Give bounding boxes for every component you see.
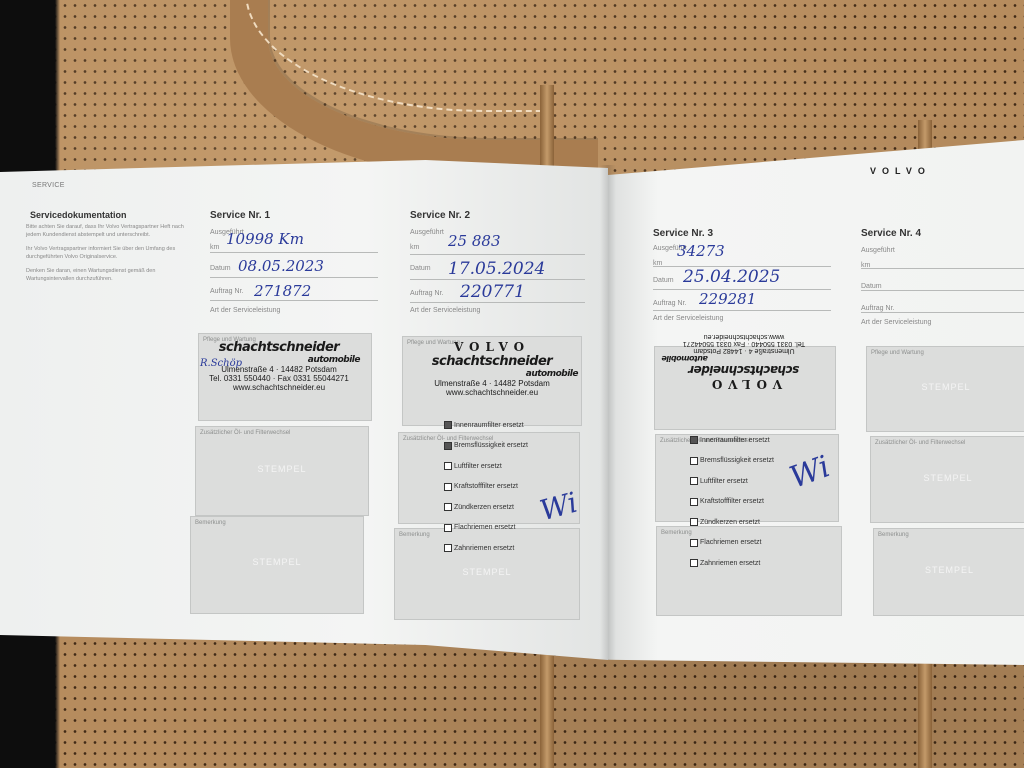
dealer-stamp: VOLVO schachtschneider automobile Ulmens… bbox=[402, 340, 582, 397]
km-label: km bbox=[210, 244, 219, 251]
date-row: Datum 25.04.2025 bbox=[653, 269, 831, 290]
checklist-item: Bremsflüssigkeit ersetzt bbox=[444, 436, 528, 457]
initials: R.Schöp bbox=[200, 358, 242, 369]
dealer-stamp-upside-down: VOLVO schachtschneider automobile Ulmens… bbox=[652, 333, 836, 391]
date-row: Datum 17.05.2024 bbox=[410, 257, 585, 280]
date-value: 25.04.2025 bbox=[683, 267, 780, 287]
km-row: km 10998 Km bbox=[210, 236, 378, 253]
stamp-placeholder: STEMPEL bbox=[867, 382, 1024, 392]
dealer-phone: Tel. 0331 550440 · Fax 0331 55044271 bbox=[652, 340, 836, 347]
checklist-item: Innenraumfilter ersetzt bbox=[444, 415, 528, 436]
service-type-label: Art der Serviceleistung bbox=[410, 307, 585, 314]
dealer-phone: Tel. 0331 550440 · Fax 0331 55044271 bbox=[190, 374, 368, 383]
checkbox[interactable] bbox=[444, 483, 452, 491]
checklist-label: Kraftstofffilter ersetzt bbox=[454, 483, 518, 490]
service-type-label: Art der Serviceleistung bbox=[210, 307, 378, 314]
stamp-placeholder: STEMPEL bbox=[395, 567, 579, 577]
dealer-web: www.schachtschneider.eu bbox=[652, 333, 836, 340]
order-row[interactable]: Auftrag Nr. bbox=[861, 293, 1024, 313]
km-value: 10998 Km bbox=[226, 230, 304, 248]
volvo-logo: VOLVO bbox=[402, 340, 582, 354]
dealer-address: Ulmenstraße 4 · 14482 Potsdam bbox=[652, 347, 836, 354]
date-label: Datum bbox=[653, 277, 674, 284]
dealer-name: schachtschneider bbox=[402, 354, 582, 369]
checklist-item: Innenraumfilter ersetzt bbox=[690, 430, 774, 451]
checklist-item: Luftfilter ersetzt bbox=[690, 471, 774, 492]
km-label: km bbox=[861, 262, 870, 269]
checklist-label: Innenraumfilter ersetzt bbox=[700, 437, 770, 444]
checklist-label: Bremsflüssigkeit ersetzt bbox=[700, 457, 774, 464]
checklist-label: Luftfilter ersetzt bbox=[454, 463, 502, 470]
box-caption: Zusätzlicher Öl- und Filterwechsel bbox=[875, 440, 965, 446]
km-value: 34273 bbox=[677, 242, 725, 260]
checklist-item: Zahnriemen ersetzt bbox=[444, 538, 528, 559]
checklist-service-3: Innenraumfilter ersetzt Bremsflüssigkeit… bbox=[690, 430, 774, 574]
service-1: Service Nr. 1 Ausgeführt km 10998 Km Dat… bbox=[210, 210, 378, 314]
checkbox[interactable] bbox=[690, 498, 698, 506]
performed-label: Ausgeführt bbox=[861, 247, 1024, 254]
checklist-label: Flachriemen ersetzt bbox=[700, 539, 761, 546]
checklist-item: Flachriemen ersetzt bbox=[690, 533, 774, 554]
service-title: Service Nr. 4 bbox=[861, 228, 1024, 239]
date-value: 08.05.2023 bbox=[238, 257, 324, 275]
box-caption: Bemerkung bbox=[399, 532, 430, 538]
service-type-label: Art der Serviceleistung bbox=[861, 319, 1024, 326]
service-title: Service Nr. 2 bbox=[410, 210, 585, 221]
checkbox[interactable] bbox=[690, 559, 698, 567]
box-caption: Bemerkung bbox=[661, 530, 692, 536]
checklist-item: Flachriemen ersetzt bbox=[444, 518, 528, 539]
corner-brand-text: VOLVO bbox=[870, 166, 931, 176]
checkbox[interactable] bbox=[444, 462, 452, 470]
km-row: km 34273 bbox=[653, 252, 831, 267]
intro-paragraph: Denken Sie daran, einen Wartungsdienst g… bbox=[26, 267, 186, 283]
order-row: Auftrag Nr. 271872 bbox=[210, 280, 378, 301]
checklist-label: Flachriemen ersetzt bbox=[454, 524, 515, 531]
checklist-item: Luftfilter ersetzt bbox=[444, 456, 528, 477]
checklist-item: Kraftstofffilter ersetzt bbox=[690, 492, 774, 513]
intro-title: Servicedokumentation bbox=[30, 210, 186, 220]
service-type-label: Art der Serviceleistung bbox=[653, 315, 831, 322]
service-2: Service Nr. 2 Ausgeführt km 25 883 Datum… bbox=[410, 210, 585, 314]
checklist-service-2: Innenraumfilter ersetzt Bremsflüssigkeit… bbox=[444, 415, 528, 559]
stamp-placeholder: STEMPEL bbox=[196, 464, 368, 474]
booklet-spine bbox=[600, 165, 616, 660]
order-value: 220771 bbox=[460, 282, 525, 302]
checklist-item: Zündkerzen ersetzt bbox=[444, 497, 528, 518]
checkbox[interactable] bbox=[690, 539, 698, 547]
dealer-web: www.schachtschneider.eu bbox=[190, 383, 368, 392]
dealer-address: Ulmenstraße 4 · 14482 Potsdam bbox=[402, 379, 582, 388]
box-caption: Pflege und Wartung bbox=[871, 350, 924, 356]
intro-paragraph: Bitte achten Sie darauf, dass Ihr Volvo … bbox=[26, 223, 186, 239]
service-title: Service Nr. 3 bbox=[653, 228, 831, 239]
dealer-name: schachtschneider bbox=[652, 363, 836, 377]
service-title: Service Nr. 1 bbox=[210, 210, 378, 221]
order-value: 229281 bbox=[699, 290, 756, 308]
date-label: Datum bbox=[210, 265, 231, 272]
checklist-item: Kraftstofffilter ersetzt bbox=[444, 477, 528, 498]
remark-stamp-box: Bemerkung STEMPEL bbox=[190, 516, 364, 614]
volvo-logo: VOLVO bbox=[652, 377, 836, 391]
extra-stamp-box: Zusätzlicher Öl- und Filterwechsel STEMP… bbox=[870, 436, 1024, 523]
checklist-item: Zündkerzen ersetzt bbox=[690, 512, 774, 533]
checkbox-checked[interactable] bbox=[444, 442, 452, 450]
checklist-label: Zündkerzen ersetzt bbox=[454, 504, 514, 511]
km-row[interactable]: km bbox=[861, 254, 1024, 269]
section-tag: SERVICE bbox=[32, 182, 65, 189]
checklist-item: Zahnriemen ersetzt bbox=[690, 553, 774, 574]
order-label: Auftrag Nr. bbox=[410, 290, 443, 297]
checklist-item: Bremsflüssigkeit ersetzt bbox=[690, 451, 774, 472]
intro-block: Servicedokumentation Bitte achten Sie da… bbox=[26, 210, 186, 289]
order-row: Auftrag Nr. 220771 bbox=[410, 282, 585, 303]
order-label: Auftrag Nr. bbox=[210, 288, 243, 295]
checklist-label: Luftfilter ersetzt bbox=[700, 478, 748, 485]
km-label: km bbox=[653, 260, 662, 267]
date-row: Datum 08.05.2023 bbox=[210, 257, 378, 278]
box-caption: Bemerkung bbox=[195, 520, 226, 526]
dealer-sub: automobile bbox=[402, 369, 582, 379]
order-row: Auftrag Nr. 229281 bbox=[653, 292, 831, 311]
checkbox[interactable] bbox=[444, 503, 452, 511]
extra-stamp-box: Zusätzlicher Öl- und Filterwechsel STEMP… bbox=[195, 426, 369, 516]
checkbox[interactable] bbox=[444, 544, 452, 552]
date-label: Datum bbox=[410, 265, 431, 272]
checklist-label: Bremsflüssigkeit ersetzt bbox=[454, 442, 528, 449]
date-label: Datum bbox=[861, 283, 882, 290]
service-4: Service Nr. 4 Ausgeführt km Datum Auftra… bbox=[861, 228, 1024, 326]
checklist-label: Kraftstofffilter ersetzt bbox=[700, 498, 764, 505]
checklist-label: Innenraumfilter ersetzt bbox=[454, 422, 524, 429]
checklist-label: Zahnriemen ersetzt bbox=[700, 560, 760, 567]
checkbox[interactable] bbox=[690, 477, 698, 485]
checkbox[interactable] bbox=[444, 524, 452, 532]
date-value: 17.05.2024 bbox=[448, 259, 545, 279]
order-value: 271872 bbox=[254, 282, 311, 300]
box-caption: Zusätzlicher Öl- und Filterwechsel bbox=[200, 430, 290, 436]
checkbox-checked[interactable] bbox=[690, 436, 698, 444]
km-value: 25 883 bbox=[448, 232, 501, 250]
dealer-sub: automobile bbox=[652, 354, 836, 363]
intro-paragraph: Ihr Volvo Vertragspartner informiert Sie… bbox=[26, 245, 186, 261]
dealer-web: www.schachtschneider.eu bbox=[402, 388, 582, 397]
service-3: Service Nr. 3 Ausgeführt km 34273 Datum … bbox=[653, 228, 831, 322]
km-label: km bbox=[410, 244, 419, 251]
box-caption: Bemerkung bbox=[878, 532, 909, 538]
order-label: Auftrag Nr. bbox=[861, 305, 894, 312]
date-row[interactable]: Datum bbox=[861, 271, 1024, 291]
km-row: km 25 883 bbox=[410, 236, 585, 255]
dealer-name: schachtschneider bbox=[190, 340, 368, 355]
checklist-label: Zündkerzen ersetzt bbox=[700, 519, 760, 526]
checkbox-checked[interactable] bbox=[444, 421, 452, 429]
checklist-label: Zahnriemen ersetzt bbox=[454, 545, 514, 552]
care-stamp-box: Pflege und Wartung STEMPEL bbox=[866, 346, 1024, 432]
stamp-placeholder: STEMPEL bbox=[871, 473, 1024, 483]
order-label: Auftrag Nr. bbox=[653, 300, 686, 307]
stamp-placeholder: STEMPEL bbox=[191, 557, 363, 567]
remark-stamp-box: Bemerkung STEMPEL bbox=[873, 528, 1024, 616]
stamp-placeholder: STEMPEL bbox=[874, 565, 1024, 575]
checkbox[interactable] bbox=[690, 457, 698, 465]
checkbox[interactable] bbox=[690, 518, 698, 526]
